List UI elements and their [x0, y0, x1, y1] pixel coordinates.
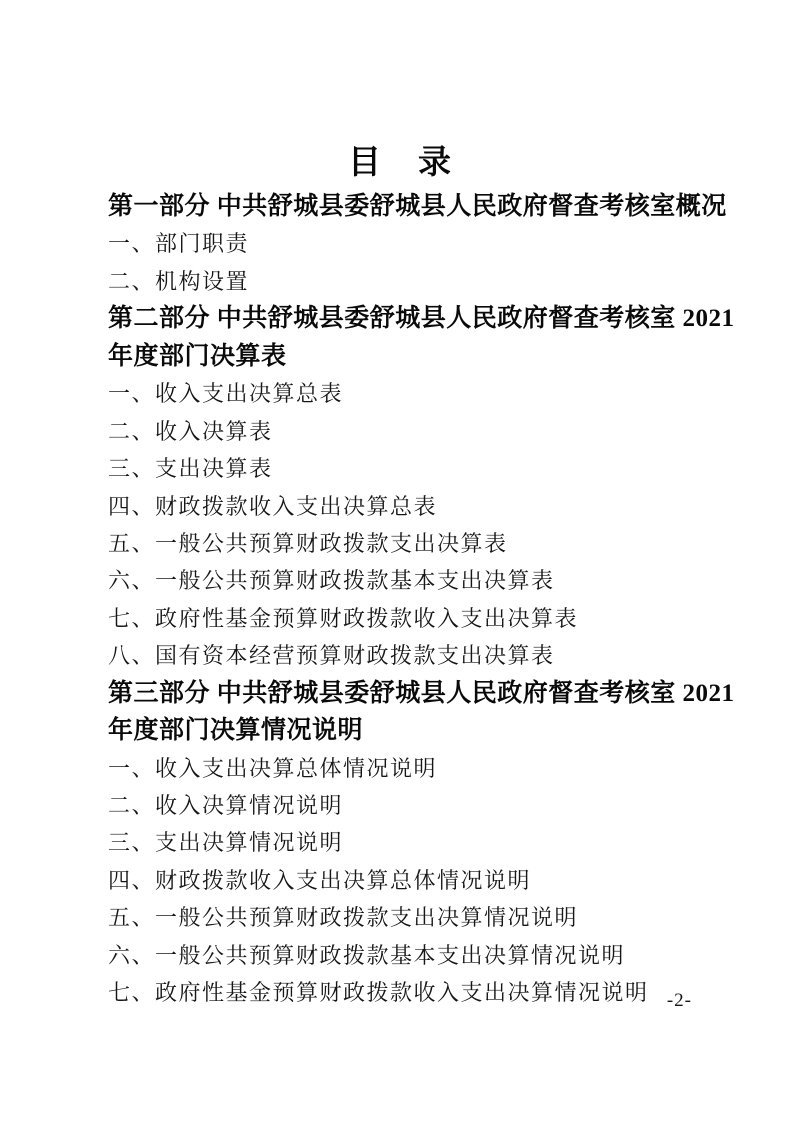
toc-section-heading: 第一部分 中共舒城县委舒城县人民政府督查考核室概况: [108, 188, 693, 225]
toc-item: 六、一般公共预算财政拨款基本支出决算情况说明: [108, 937, 693, 974]
document-title: 目 录: [108, 138, 693, 186]
toc-item: 一、收入支出决算总表: [108, 375, 693, 412]
toc-item: 四、财政拨款收入支出决算总体情况说明: [108, 862, 693, 899]
toc-lines: 第一部分 中共舒城县委舒城县人民政府督查考核室概况一、部门职责二、机构设置第二部…: [108, 188, 693, 1012]
toc-item: 一、部门职责: [108, 225, 693, 262]
toc-section-heading: 第二部分 中共舒城县委舒城县人民政府督查考核室 2021: [108, 300, 693, 337]
toc-item: 七、政府性基金预算财政拨款收入支出决算表: [108, 600, 693, 637]
toc-item: 一、收入支出决算总体情况说明: [108, 750, 693, 787]
toc-section-heading: 年度部门决算情况说明: [108, 712, 693, 749]
toc-item: 二、机构设置: [108, 263, 693, 300]
toc-content: 目 录 第一部分 中共舒城县委舒城县人民政府督查考核室概况一、部门职责二、机构设…: [108, 138, 693, 1012]
toc-item: 五、一般公共预算财政拨款支出决算表: [108, 525, 693, 562]
document-page: 目 录 第一部分 中共舒城县委舒城县人民政府督查考核室概况一、部门职责二、机构设…: [0, 0, 793, 1122]
toc-item: 三、支出决算表: [108, 450, 693, 487]
toc-item: 八、国有资本经营预算财政拨款支出决算表: [108, 637, 693, 674]
page-number: -2-: [667, 990, 692, 1012]
toc-item: 二、收入决算表: [108, 413, 693, 450]
toc-item: 五、一般公共预算财政拨款支出决算情况说明: [108, 899, 693, 936]
toc-section-heading: 第三部分 中共舒城县委舒城县人民政府督查考核室 2021: [108, 675, 693, 712]
toc-item: 六、一般公共预算财政拨款基本支出决算表: [108, 562, 693, 599]
toc-section-heading: 年度部门决算表: [108, 338, 693, 375]
toc-item: 三、支出决算情况说明: [108, 824, 693, 861]
toc-item: 七、政府性基金预算财政拨款收入支出决算情况说明: [108, 974, 693, 1011]
toc-item: 二、收入决算情况说明: [108, 787, 693, 824]
toc-item: 四、财政拨款收入支出决算总表: [108, 488, 693, 525]
